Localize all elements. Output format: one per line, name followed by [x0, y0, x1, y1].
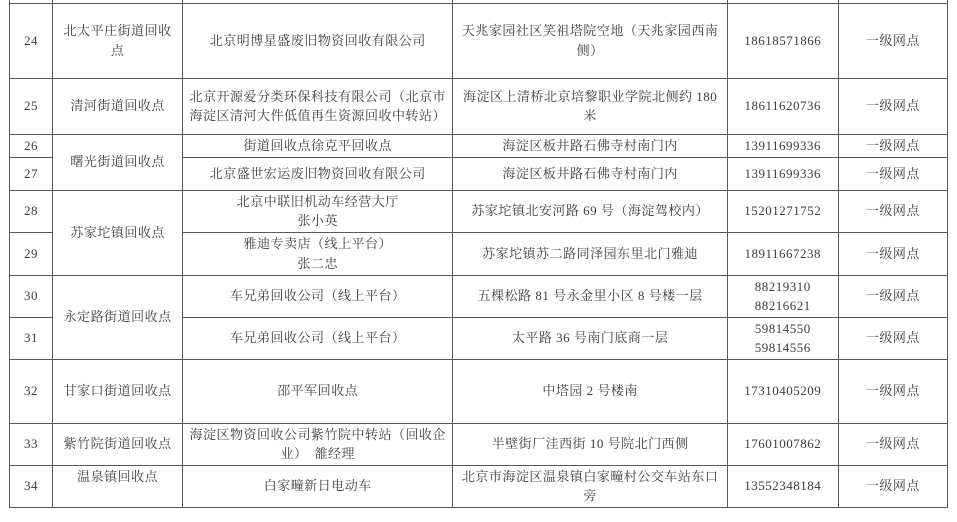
cell-company: 车兄弟回收公司（线上平台） [183, 317, 453, 359]
cell-company: 车兄弟回收公司（线上平台） [183, 275, 453, 317]
cell-level: 一级网点 [838, 465, 947, 507]
recycling-points-table: 24北太平庄街道回收点北京明博星盛废旧物资回收有限公司天兆家园社区笑祖塔院空地（… [9, 0, 948, 508]
cell-name: 曙光街道回收点 [53, 134, 183, 190]
cell-name: 甘家口街道回收点 [53, 359, 183, 423]
cell-address: 苏家坨镇北安河路 69 号（海淀驾校内） [453, 190, 727, 232]
cell-address: 太平路 36 号南门底商一层 [453, 317, 727, 359]
cell-address: 半壁街厂洼西街 10 号院北门西侧 [453, 423, 727, 465]
cell-num: 25 [10, 78, 53, 134]
cell-address: 五棵松路 81 号永金里小区 8 号楼一层 [453, 275, 727, 317]
cell-line: 88219310 [734, 277, 832, 297]
cell-num: 26 [10, 134, 53, 157]
cell-level: 一级网点 [838, 3, 947, 78]
cell-address: 北京市海淀区温泉镇白家疃村公交车站东口旁 [453, 465, 727, 507]
cell-line: 59814556 [734, 338, 832, 358]
cell-company: 街道回收点徐克平回收点 [183, 134, 453, 157]
cell-phone: 17310405209 [727, 359, 838, 423]
cell-level: 一级网点 [838, 134, 947, 157]
cell-num: 31 [10, 317, 53, 359]
cell-num: 33 [10, 423, 53, 465]
cell-name: 清河街道回收点 [53, 78, 183, 134]
cell-line: 59814550 [734, 319, 832, 339]
cell-line: 张二忠 [189, 254, 446, 274]
cell-name: 紫竹院街道回收点 [53, 423, 183, 465]
cell-phone: 18611620736 [727, 78, 838, 134]
cell-level: 一级网点 [838, 423, 947, 465]
cell-num: 29 [10, 232, 53, 275]
cell-phone: 13552348184 [727, 465, 838, 507]
table-body: 24北太平庄街道回收点北京明博星盛废旧物资回收有限公司天兆家园社区笑祖塔院空地（… [10, 0, 948, 507]
cell-num: 32 [10, 359, 53, 423]
cell-name: 温泉镇回收点 [53, 465, 183, 507]
cell-phone: 18618571866 [727, 3, 838, 78]
cell-company: 白家疃新日电动车 [183, 465, 453, 507]
cell-name: 苏家坨镇回收点 [53, 190, 183, 275]
cell-line: 雅迪专卖店（线上平台） [189, 234, 446, 254]
cell-num: 30 [10, 275, 53, 317]
cell-address: 苏家坨镇苏二路同泽园东里北门雅迪 [453, 232, 727, 275]
cell-level: 一级网点 [838, 232, 947, 275]
cell-company: 北京盛世宏运废旧物资回收有限公司 [183, 157, 453, 190]
table-row: 24北太平庄街道回收点北京明博星盛废旧物资回收有限公司天兆家园社区笑祖塔院空地（… [10, 3, 948, 78]
document-page: 24北太平庄街道回收点北京明博星盛废旧物资回收有限公司天兆家园社区笑祖塔院空地（… [0, 0, 957, 522]
cell-level: 一级网点 [838, 275, 947, 317]
cell-company: 北京开源爱分类环保科技有限公司（北京市海淀区清河大件低值再生资源回收中转站） [183, 78, 453, 134]
cell-company: 邵平军回收点 [183, 359, 453, 423]
cell-num: 24 [10, 3, 53, 78]
cell-level: 一级网点 [838, 157, 947, 190]
table-row: 25清河街道回收点北京开源爱分类环保科技有限公司（北京市海淀区清河大件低值再生资… [10, 78, 948, 134]
cell-phone: 8821931088216621 [727, 275, 838, 317]
cell-name: 永定路街道回收点 [53, 275, 183, 359]
cell-level: 一级网点 [838, 317, 947, 359]
cell-company: 北京中联旧机动车经营大厅张小英 [183, 190, 453, 232]
cell-num: 27 [10, 157, 53, 190]
cell-level: 一级网点 [838, 78, 947, 134]
cell-line: 张小英 [189, 211, 446, 231]
cell-phone: 13911699336 [727, 157, 838, 190]
cell-phone: 17601007862 [727, 423, 838, 465]
cell-address: 海淀区板井路石佛寺村南门内 [453, 157, 727, 190]
cell-address: 中塔园 2 号楼南 [453, 359, 727, 423]
cell-phone: 15201271752 [727, 190, 838, 232]
cell-level: 一级网点 [838, 190, 947, 232]
cell-name: 北太平庄街道回收点 [53, 3, 183, 78]
cell-line: 北京中联旧机动车经营大厅 [189, 192, 446, 212]
table-row: 28苏家坨镇回收点北京中联旧机动车经营大厅张小英苏家坨镇北安河路 69 号（海淀… [10, 190, 948, 232]
table-row: 33紫竹院街道回收点海淀区物资回收公司紫竹院中转站（回收企业） 雒经理半壁街厂洼… [10, 423, 948, 465]
cell-level: 一级网点 [838, 359, 947, 423]
cell-company: 雅迪专卖店（线上平台）张二忠 [183, 232, 453, 275]
cell-num: 28 [10, 190, 53, 232]
table-row: 26曙光街道回收点街道回收点徐克平回收点海淀区板井路石佛寺村南门内1391169… [10, 134, 948, 157]
cell-company: 海淀区物资回收公司紫竹院中转站（回收企业） 雒经理 [183, 423, 453, 465]
table-row: 30永定路街道回收点车兄弟回收公司（线上平台）五棵松路 81 号永金里小区 8 … [10, 275, 948, 317]
cell-phone: 18911667238 [727, 232, 838, 275]
cell-phone: 5981455059814556 [727, 317, 838, 359]
cell-company: 北京明博星盛废旧物资回收有限公司 [183, 3, 453, 78]
table-row: 32甘家口街道回收点邵平军回收点中塔园 2 号楼南17310405209一级网点 [10, 359, 948, 423]
cell-num: 34 [10, 465, 53, 507]
cell-phone: 13911699336 [727, 134, 838, 157]
cell-line: 88216621 [734, 296, 832, 316]
cell-address: 海淀区板井路石佛寺村南门内 [453, 134, 727, 157]
cell-address: 海淀区上清桥北京培黎职业学院北侧约 180 米 [453, 78, 727, 134]
cell-address: 天兆家园社区笑祖塔院空地（天兆家园西南侧） [453, 3, 727, 78]
table-row: 34温泉镇回收点白家疃新日电动车北京市海淀区温泉镇白家疃村公交车站东口旁1355… [10, 465, 948, 507]
